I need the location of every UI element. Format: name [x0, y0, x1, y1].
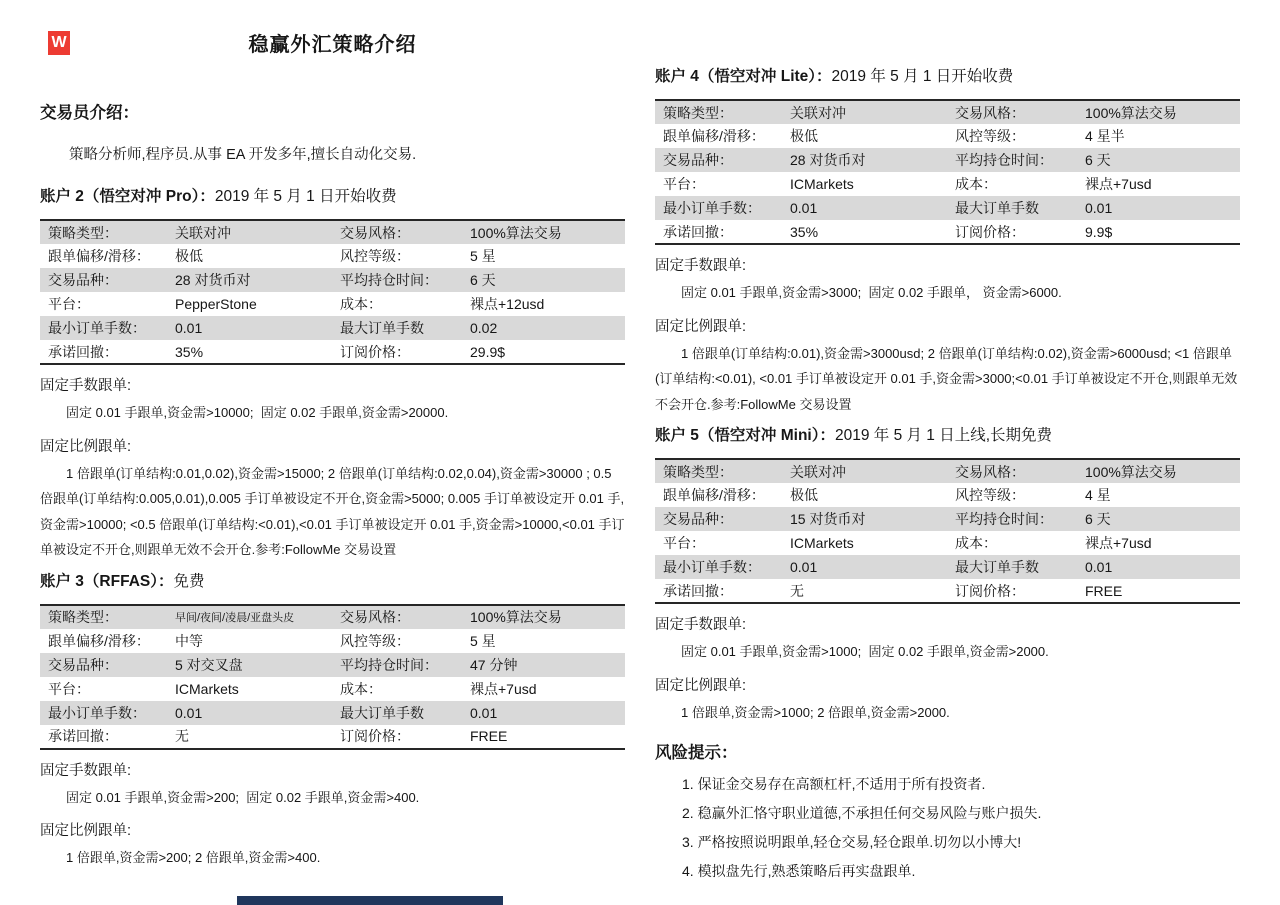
spec-value: 裸点+7usd	[1077, 172, 1240, 196]
trader-intro-heading: 交易员介绍：	[40, 99, 625, 123]
spec-label: 最大订单手数	[947, 196, 1077, 220]
account-section: 账户 5（悟空对冲 Mini）：2019 年 5 月 1 日上线,长期免费 策略…	[655, 425, 1240, 725]
note-heading: 固定比例跟单:	[655, 676, 1240, 696]
spec-label: 风控等级：	[947, 483, 1077, 507]
account-notes: 固定手数跟单:固定 0.01 手跟单,资金需>1000; 固定 0.02 手跟单…	[655, 615, 1240, 725]
spec-label: 交易品种：	[40, 268, 167, 292]
spec-row: 交易品种：5 对交叉盘平均持仓时间：47 分钟	[40, 653, 625, 677]
spec-value: ICMarkets	[782, 172, 947, 196]
spec-label: 承诺回撤：	[40, 725, 167, 749]
account-title: 账户 2（悟空对冲 Pro）：2019 年 5 月 1 日开始收费	[40, 186, 625, 207]
spec-value: 29.9$	[462, 340, 625, 364]
account-title: 账户 3（RFFAS）：免费	[40, 571, 625, 592]
spec-value: 15 对货币对	[782, 507, 947, 531]
account-section: 账户 2（悟空对冲 Pro）：2019 年 5 月 1 日开始收费 策略类型：关…	[40, 186, 625, 563]
spec-value: 裸点+7usd	[1077, 531, 1240, 555]
spec-value: 极低	[167, 244, 332, 268]
spec-value: 6 天	[1077, 148, 1240, 172]
account-spec-table: 策略类型：关联对冲交易风格：100%算法交易跟单偏移/滑移：极低风控等级：5 星…	[40, 219, 625, 365]
spec-value: 极低	[782, 124, 947, 148]
spec-value: 0.01	[782, 196, 947, 220]
note-text: 固定 0.01 手跟单,资金需>200; 固定 0.02 手跟单,资金需>400…	[40, 785, 625, 811]
risk-heading: 风险提示：	[655, 739, 1240, 763]
risk-item: 2. 稳赢外汇恪守职业道德,不承担任何交易风险与账户损失.	[682, 803, 1240, 823]
account-name: 账户 4（悟空对冲 Lite）：	[655, 68, 832, 85]
risk-item: 1. 保证金交易存在高额杠杆,不适用于所有投资者.	[682, 774, 1240, 794]
spec-row: 策略类型：关联对冲交易风格：100%算法交易	[40, 220, 625, 244]
spec-value: 28 对货币对	[782, 148, 947, 172]
spec-label: 平台：	[40, 292, 167, 316]
spec-value: 无	[167, 725, 332, 749]
left-column: 稳赢外汇策略介绍 交易员介绍： 策略分析师,程序员.从事 EA 开发多年,擅长自…	[40, 0, 625, 871]
spec-label: 交易风格：	[332, 220, 462, 244]
spec-row: 承诺回撤：35%订阅价格：29.9$	[40, 340, 625, 364]
spec-label: 策略类型：	[655, 100, 782, 124]
spec-value: 0.01	[167, 701, 332, 725]
trader-intro-text: 策略分析师,程序员.从事 EA 开发多年,擅长自动化交易.	[40, 143, 625, 164]
spec-value: 100%算法交易	[462, 605, 625, 629]
spec-label: 订阅价格：	[947, 579, 1077, 603]
spec-value: 5 星	[462, 244, 625, 268]
spec-row: 平台：ICMarkets成本：裸点+7usd	[655, 531, 1240, 555]
spec-value: 无	[782, 579, 947, 603]
spec-label: 平台：	[40, 677, 167, 701]
spec-label: 最小订单手数：	[40, 701, 167, 725]
spec-row: 交易品种：28 对货币对平均持仓时间：6 天	[40, 268, 625, 292]
spec-value: 0.01	[1077, 555, 1240, 579]
spec-label: 风控等级：	[332, 629, 462, 653]
spec-label: 最小订单手数：	[655, 196, 782, 220]
spec-row: 最小订单手数：0.01最大订单手数0.01	[655, 555, 1240, 579]
spec-value: 9.9$	[1077, 220, 1240, 244]
spec-value: 关联对冲	[782, 459, 947, 483]
note-heading: 固定比例跟单:	[40, 821, 625, 841]
account-spec-table: 策略类型：早间/夜间/凌晨/亚盘头皮交易风格：100%算法交易跟单偏移/滑移：中…	[40, 604, 625, 750]
spec-label: 风控等级：	[332, 244, 462, 268]
spec-label: 策略类型：	[40, 605, 167, 629]
spec-label: 交易风格：	[947, 459, 1077, 483]
spec-label: 平均持仓时间：	[332, 653, 462, 677]
spec-row: 策略类型：早间/夜间/凌晨/亚盘头皮交易风格：100%算法交易	[40, 605, 625, 629]
spec-label: 成本：	[947, 531, 1077, 555]
spec-value: 4 星半	[1077, 124, 1240, 148]
page-title: 稳赢外汇策略介绍	[40, 28, 625, 57]
spec-label: 订阅价格：	[947, 220, 1077, 244]
spec-value: 0.01	[462, 701, 625, 725]
spec-row: 跟单偏移/滑移：极低风控等级：5 星	[40, 244, 625, 268]
spec-value: 4 星	[1077, 483, 1240, 507]
spec-row: 承诺回撤：无订阅价格：FREE	[655, 579, 1240, 603]
spec-label: 最小订单手数：	[655, 555, 782, 579]
account-title: 账户 4（悟空对冲 Lite）：2019 年 5 月 1 日开始收费	[655, 66, 1240, 87]
spec-value: ICMarkets	[167, 677, 332, 701]
accounts-right-container: 账户 4（悟空对冲 Lite）：2019 年 5 月 1 日开始收费 策略类型：…	[655, 66, 1240, 725]
spec-label: 订阅价格：	[332, 725, 462, 749]
account-name: 账户 5（悟空对冲 Mini）：	[655, 427, 835, 444]
spec-value: 5 对交叉盘	[167, 653, 332, 677]
spec-value: 5 星	[462, 629, 625, 653]
spec-value: 裸点+7usd	[462, 677, 625, 701]
account-pricing-note: 免费	[173, 573, 204, 590]
note-heading: 固定比例跟单:	[40, 437, 625, 457]
spec-label: 交易风格：	[947, 100, 1077, 124]
account-pricing-note: 2019 年 5 月 1 日上线,长期免费	[835, 427, 1052, 444]
spec-label: 跟单偏移/滑移：	[655, 124, 782, 148]
account-title: 账户 5（悟空对冲 Mini）：2019 年 5 月 1 日上线,长期免费	[655, 425, 1240, 446]
spec-label: 平台：	[655, 172, 782, 196]
account-pricing-note: 2019 年 5 月 1 日开始收费	[832, 68, 1014, 85]
spec-label: 交易品种：	[655, 148, 782, 172]
spec-value: 28 对货币对	[167, 268, 332, 292]
spec-row: 跟单偏移/滑移：极低风控等级：4 星	[655, 483, 1240, 507]
note-heading: 固定比例跟单:	[655, 317, 1240, 337]
spec-row: 承诺回撤：无订阅价格：FREE	[40, 725, 625, 749]
note-text: 固定 0.01 手跟单,资金需>3000; 固定 0.02 手跟单， 资金需>6…	[655, 280, 1240, 306]
spec-label: 平均持仓时间：	[332, 268, 462, 292]
account-spec-table: 策略类型：关联对冲交易风格：100%算法交易跟单偏移/滑移：极低风控等级：4 星…	[655, 99, 1240, 245]
spec-value: 6 天	[1077, 507, 1240, 531]
spec-value: 0.01	[167, 316, 332, 340]
spec-row: 交易品种：15 对货币对平均持仓时间：6 天	[655, 507, 1240, 531]
account-name: 账户 2（悟空对冲 Pro）：	[40, 188, 215, 205]
spec-label: 最大订单手数	[947, 555, 1077, 579]
spec-value: 6 天	[462, 268, 625, 292]
spec-row: 策略类型：关联对冲交易风格：100%算法交易	[655, 459, 1240, 483]
note-heading: 固定手数跟单:	[40, 376, 625, 396]
spec-row: 策略类型：关联对冲交易风格：100%算法交易	[655, 100, 1240, 124]
spec-value: 0.01	[1077, 196, 1240, 220]
spec-row: 跟单偏移/滑移：中等风控等级：5 星	[40, 629, 625, 653]
note-text: 1 倍跟单(订单结构:0.01),资金需>3000usd; 2 倍跟单(订单结构…	[655, 341, 1240, 418]
spec-label: 最大订单手数	[332, 701, 462, 725]
spec-value: 100%算法交易	[1077, 459, 1240, 483]
spec-row: 交易品种：28 对货币对平均持仓时间：6 天	[655, 148, 1240, 172]
spec-label: 跟单偏移/滑移：	[655, 483, 782, 507]
spec-value: 裸点+12usd	[462, 292, 625, 316]
spec-label: 平均持仓时间：	[947, 148, 1077, 172]
spec-label: 交易风格：	[332, 605, 462, 629]
risk-list: 1. 保证金交易存在高额杠杆,不适用于所有投资者.2. 稳赢外汇恪守职业道德,不…	[655, 774, 1240, 881]
spec-value: FREE	[462, 725, 625, 749]
note-heading: 固定手数跟单:	[655, 615, 1240, 635]
note-text: 固定 0.01 手跟单,资金需>10000; 固定 0.02 手跟单,资金需>2…	[40, 400, 625, 426]
spec-label: 策略类型：	[40, 220, 167, 244]
account-pricing-note: 2019 年 5 月 1 日开始收费	[215, 188, 397, 205]
spec-label: 成本：	[947, 172, 1077, 196]
spec-value: ICMarkets	[782, 531, 947, 555]
spec-value: 47 分钟	[462, 653, 625, 677]
spec-row: 最小订单手数：0.01最大订单手数0.01	[40, 701, 625, 725]
spec-value: 35%	[167, 340, 332, 364]
risk-item: 3. 严格按照说明跟单,轻仓交易,轻仓跟单.切勿以小博大!	[682, 832, 1240, 852]
spec-label: 承诺回撤：	[40, 340, 167, 364]
account-name: 账户 3（RFFAS）：	[40, 573, 173, 590]
spec-row: 最小订单手数：0.01最大订单手数0.01	[655, 196, 1240, 220]
right-column: 账户 4（悟空对冲 Lite）：2019 年 5 月 1 日开始收费 策略类型：…	[655, 0, 1240, 890]
spec-value: FREE	[1077, 579, 1240, 603]
spec-value: 关联对冲	[167, 220, 332, 244]
account-notes: 固定手数跟单:固定 0.01 手跟单,资金需>3000; 固定 0.02 手跟单…	[655, 256, 1240, 417]
spec-label: 承诺回撤：	[655, 220, 782, 244]
spec-label: 平均持仓时间：	[947, 507, 1077, 531]
note-heading: 固定手数跟单:	[655, 256, 1240, 276]
account-section: 账户 4（悟空对冲 Lite）：2019 年 5 月 1 日开始收费 策略类型：…	[655, 66, 1240, 417]
spec-label: 最小订单手数：	[40, 316, 167, 340]
spec-label: 跟单偏移/滑移：	[40, 244, 167, 268]
spec-value: 35%	[782, 220, 947, 244]
accounts-left-container: 账户 2（悟空对冲 Pro）：2019 年 5 月 1 日开始收费 策略类型：关…	[40, 186, 625, 871]
spec-value: 关联对冲	[782, 100, 947, 124]
spec-label: 成本：	[332, 292, 462, 316]
spec-label: 平台：	[655, 531, 782, 555]
spec-label: 成本：	[332, 677, 462, 701]
spec-value: 早间/夜间/凌晨/亚盘头皮	[167, 605, 332, 629]
horizontal-scrollbar-thumb[interactable]	[237, 896, 503, 905]
risk-item: 4. 模拟盘先行,熟悉策略后再实盘跟单.	[682, 861, 1240, 881]
spec-value: 中等	[167, 629, 332, 653]
spec-value: 100%算法交易	[1077, 100, 1240, 124]
spec-label: 跟单偏移/滑移：	[40, 629, 167, 653]
note-text: 1 倍跟单,资金需>1000; 2 倍跟单,资金需>2000.	[655, 700, 1240, 726]
spec-row: 承诺回撤：35%订阅价格：9.9$	[655, 220, 1240, 244]
note-text: 固定 0.01 手跟单,资金需>1000; 固定 0.02 手跟单,资金需>20…	[655, 639, 1240, 665]
spec-value: 极低	[782, 483, 947, 507]
account-spec-table: 策略类型：关联对冲交易风格：100%算法交易跟单偏移/滑移：极低风控等级：4 星…	[655, 458, 1240, 604]
account-notes: 固定手数跟单:固定 0.01 手跟单,资金需>10000; 固定 0.02 手跟…	[40, 376, 625, 563]
spec-label: 交易品种：	[40, 653, 167, 677]
note-heading: 固定手数跟单:	[40, 761, 625, 781]
account-section: 账户 3（RFFAS）：免费 策略类型：早间/夜间/凌晨/亚盘头皮交易风格：10…	[40, 571, 625, 871]
spec-label: 最大订单手数	[332, 316, 462, 340]
spec-row: 平台：ICMarkets成本：裸点+7usd	[40, 677, 625, 701]
spec-row: 跟单偏移/滑移：极低风控等级：4 星半	[655, 124, 1240, 148]
spec-value: 100%算法交易	[462, 220, 625, 244]
note-text: 1 倍跟单,资金需>200; 2 倍跟单,资金需>400.	[40, 845, 625, 871]
spec-row: 最小订单手数：0.01最大订单手数0.02	[40, 316, 625, 340]
account-notes: 固定手数跟单:固定 0.01 手跟单,资金需>200; 固定 0.02 手跟单,…	[40, 761, 625, 871]
spec-label: 策略类型：	[655, 459, 782, 483]
spec-label: 风控等级：	[947, 124, 1077, 148]
note-text: 1 倍跟单(订单结构:0.01,0.02),资金需>15000; 2 倍跟单(订…	[40, 461, 625, 563]
spec-label: 承诺回撤：	[655, 579, 782, 603]
spec-row: 平台：PepperStone成本：裸点+12usd	[40, 292, 625, 316]
spec-row: 平台：ICMarkets成本：裸点+7usd	[655, 172, 1240, 196]
spec-label: 交易品种：	[655, 507, 782, 531]
spec-label: 订阅价格：	[332, 340, 462, 364]
spec-value: PepperStone	[167, 292, 332, 316]
spec-value: 0.02	[462, 316, 625, 340]
spec-value: 0.01	[782, 555, 947, 579]
